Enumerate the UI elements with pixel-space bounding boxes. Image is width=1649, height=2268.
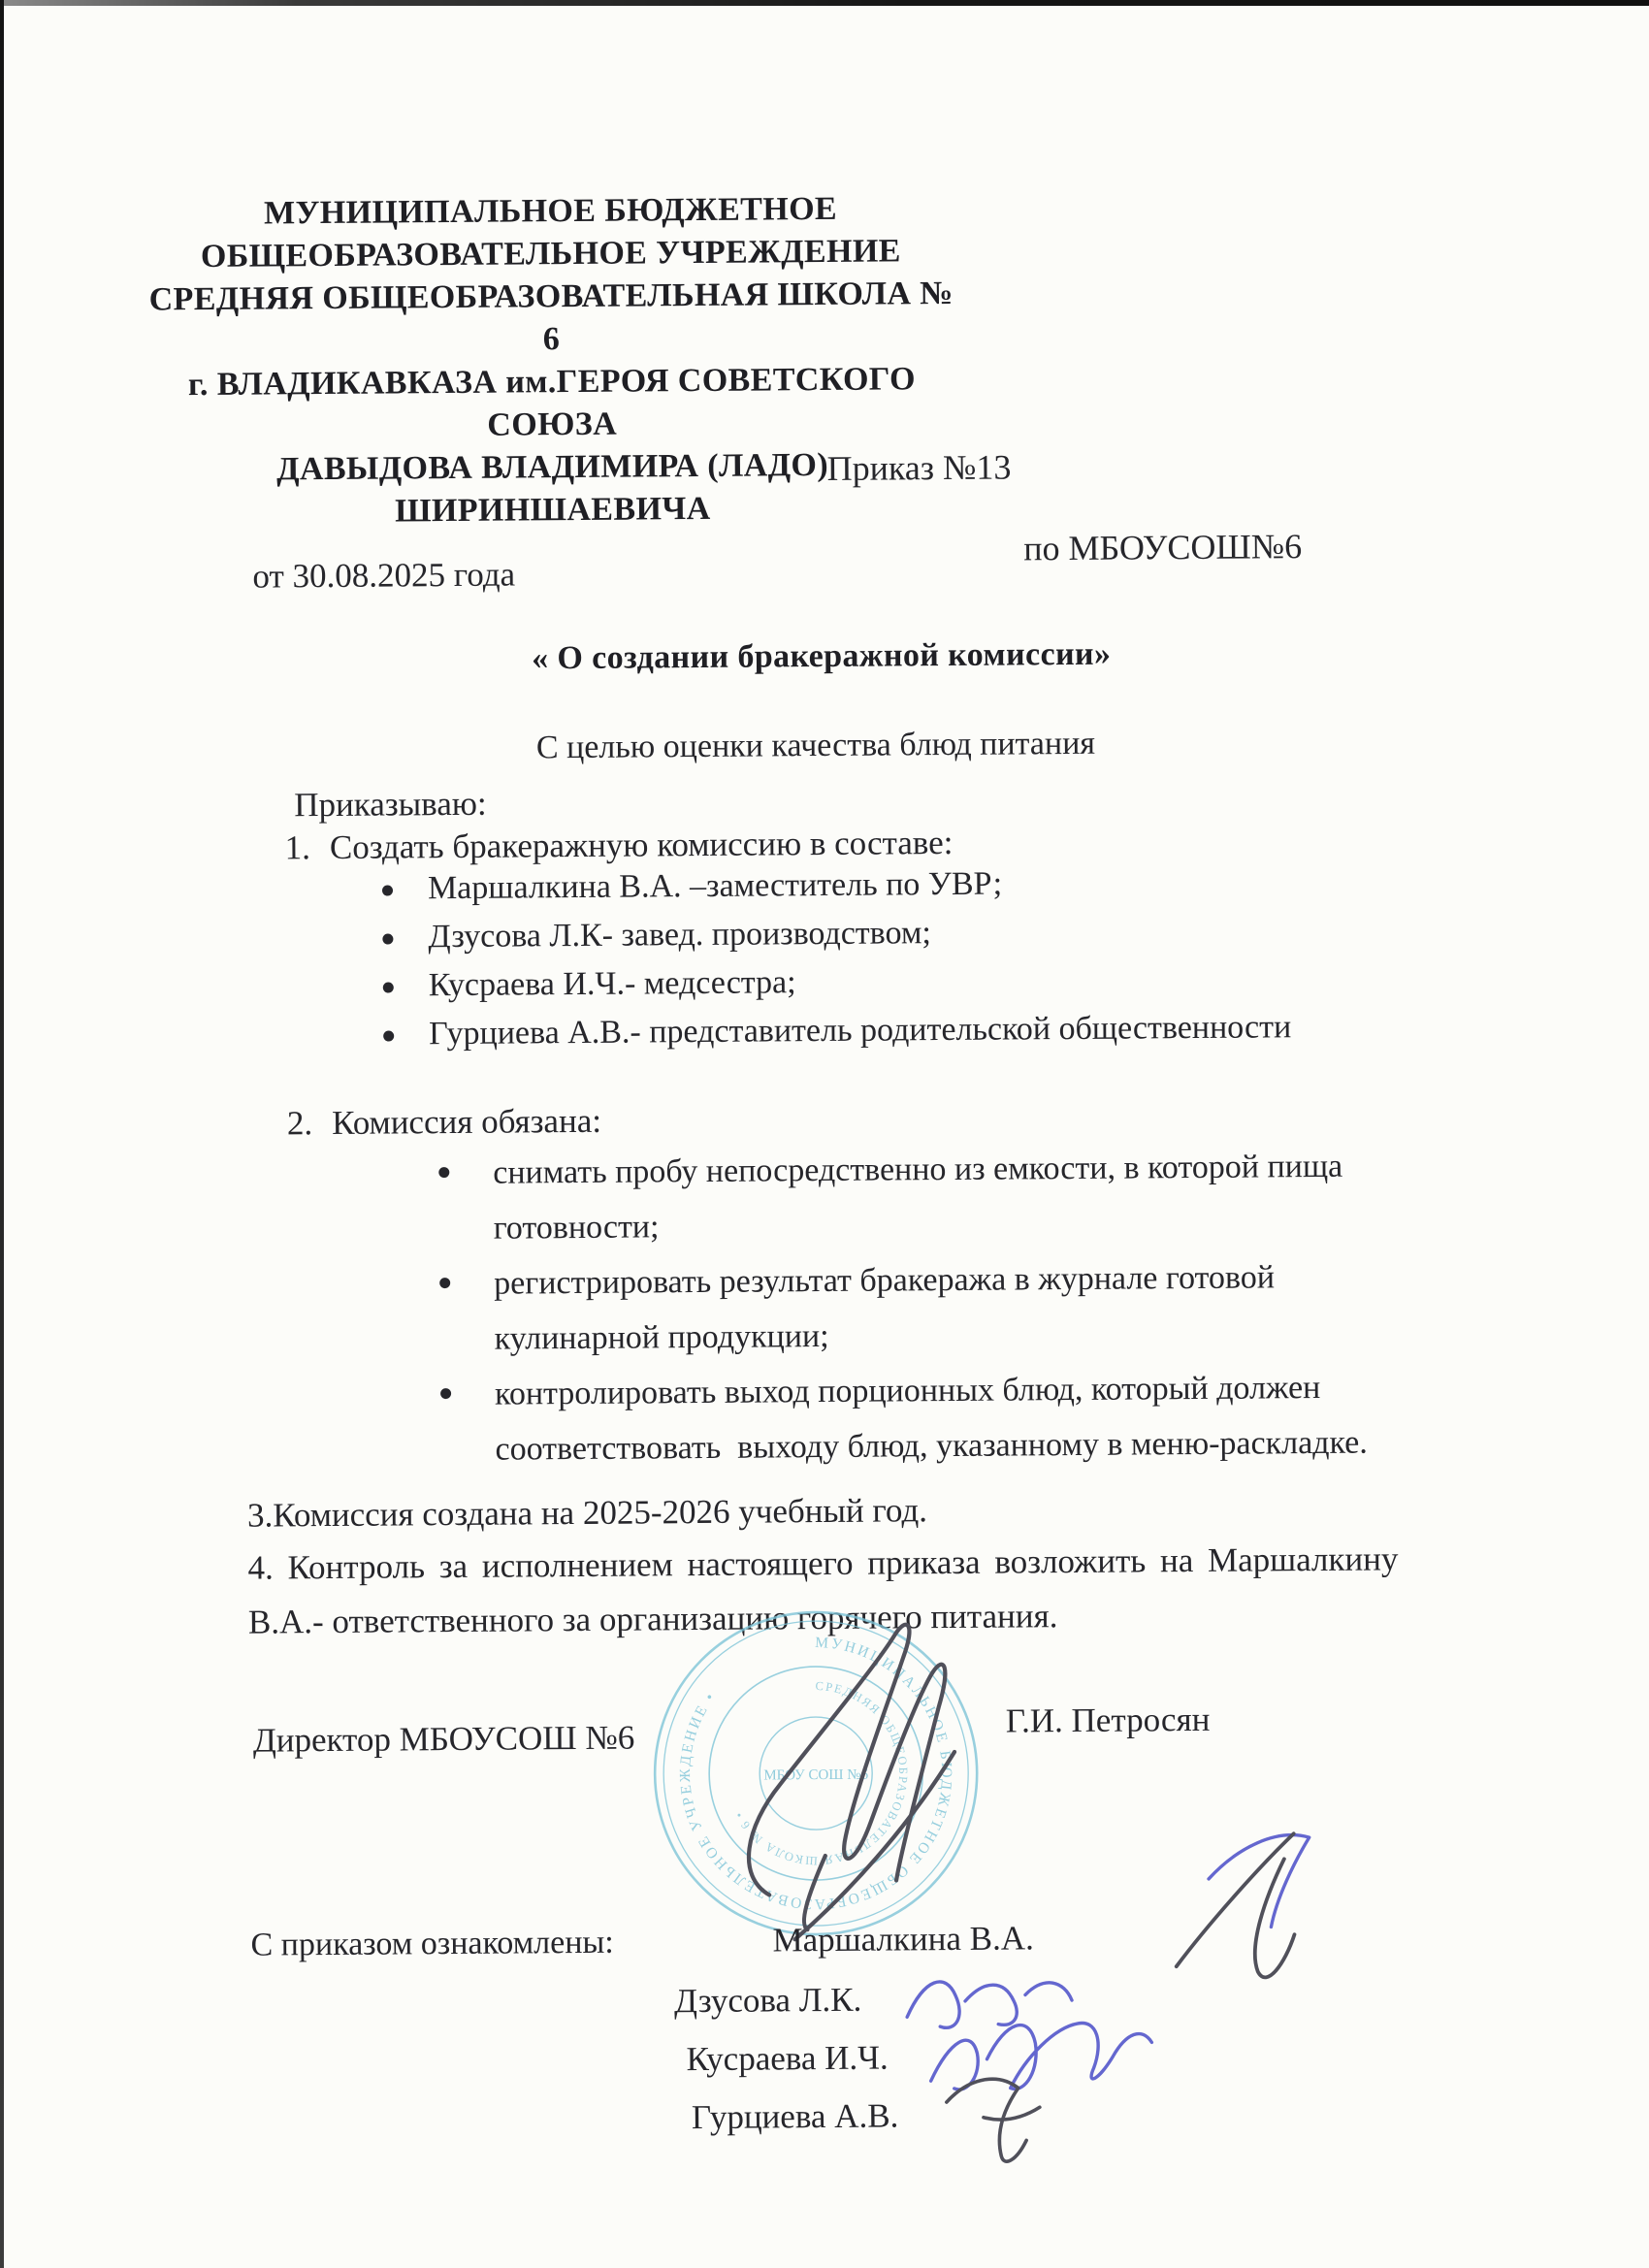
bullet-icon bbox=[383, 1030, 394, 1041]
member-name: Маршалкина В.А. –заместитель по УВР; bbox=[428, 866, 1002, 908]
document-body: МУНИЦИПАЛЬНОЕ БЮДЖЕТНОЕ ОБЩЕОБРАЗОВАТЕЛЬ… bbox=[0, 0, 1649, 2268]
director-label: Директор МБОУСОШ №6 bbox=[253, 1719, 635, 1761]
order-subject: « О создании бракеражной комиссии» bbox=[532, 636, 1112, 678]
decree-word: Приказываю: bbox=[294, 785, 487, 826]
item-1-number: 1. bbox=[285, 828, 311, 867]
header-line: ОБЩЕОБРАЗОВАТЕЛЬНОЕ УЧРЕЖДЕНИЕ bbox=[148, 230, 954, 279]
bullet-icon bbox=[382, 933, 393, 944]
signature-marshalkina bbox=[1148, 1818, 1329, 1984]
order-purpose: С целью оценки качества блюд питания bbox=[536, 726, 1095, 767]
bullet-icon bbox=[440, 1388, 451, 1399]
ack-name: Маршалкина В.А. bbox=[772, 1919, 1034, 1960]
header-line: г. ВЛАДИКАВКАЗА им.ГЕРОЯ СОВЕТСКОГО СОЮЗ… bbox=[149, 358, 955, 450]
item-4-line-1: 4. Контроль за исполнением настоящего пр… bbox=[247, 1539, 1398, 1587]
duty-line: снимать пробу непосредственно из емкости… bbox=[493, 1139, 1366, 1201]
list-item: Гурциева А.В.- представитель родительско… bbox=[383, 1009, 1291, 1064]
item-2-text: Комиссия обязана: bbox=[332, 1102, 601, 1143]
order-number: Приказ №13 bbox=[826, 446, 1011, 488]
member-name: Гурциева А.В.- представитель родительско… bbox=[429, 1009, 1291, 1053]
commission-duties-list: снимать пробу непосредственно из емкости… bbox=[438, 1139, 1368, 1477]
member-name: Кусраева И.Ч.- медсестра; bbox=[429, 964, 796, 1004]
item-1-text: Создать бракеражную комиссию в составе: bbox=[330, 824, 954, 867]
director-signature bbox=[678, 1604, 1001, 1957]
list-item: Кусраева И.Ч.- медсестра; bbox=[383, 960, 1291, 1016]
item-3: 3.Комиссия создана на 2025-2026 учебный … bbox=[247, 1491, 927, 1536]
director-name: Г.И. Петросян bbox=[1006, 1701, 1211, 1741]
header-line: СРЕДНЯЯ ОБЩЕОБРАЗОВАТЕЛЬНАЯ ШКОЛА № 6 bbox=[148, 273, 954, 365]
list-item: Маршалкина В.А. –заместитель по УВР; bbox=[382, 863, 1290, 919]
scanned-order-page: МУНИЦИПАЛЬНОЕ БЮДЖЕТНОЕ ОБЩЕОБРАЗОВАТЕЛЬ… bbox=[0, 0, 1649, 2268]
ack-name: Дзусова Л.К. bbox=[674, 1981, 862, 2022]
ack-name: Гурциева А.В. bbox=[692, 2096, 899, 2137]
item-2: 2. Комиссия обязана: bbox=[287, 1102, 601, 1144]
duty-line: соответствовать выходу блюд, указанному … bbox=[495, 1415, 1368, 1477]
member-name: Дзусова Л.К- завед. производством; bbox=[428, 915, 931, 956]
ack-label: С приказом ознакомлены: bbox=[250, 1925, 613, 1964]
list-item: контролировать выход порционных блюд, ко… bbox=[440, 1360, 1368, 1477]
list-item: снимать пробу непосредственно из емкости… bbox=[438, 1139, 1366, 1256]
bullet-icon bbox=[382, 885, 393, 895]
list-item: регистрировать результат бракеража в жур… bbox=[439, 1249, 1367, 1367]
header-line: МУНИЦИПАЛЬНОЕ БЮДЖЕТНОЕ bbox=[147, 187, 953, 237]
ack-name: Кусраева И.Ч. bbox=[686, 2039, 889, 2080]
duty-line: регистрировать результат бракеража в жур… bbox=[494, 1249, 1367, 1312]
duty-line: контролировать выход порционных блюд, ко… bbox=[495, 1360, 1368, 1422]
bullet-icon bbox=[383, 982, 394, 992]
order-date: от 30.08.2025 года bbox=[252, 555, 515, 596]
bullet-icon bbox=[439, 1278, 450, 1288]
bullet-icon bbox=[438, 1167, 449, 1178]
duty-line: кулинарной продукции; bbox=[494, 1305, 1367, 1367]
list-item: Дзусова Л.К- завед. производством; bbox=[382, 912, 1290, 967]
duty-line: готовности; bbox=[494, 1194, 1367, 1256]
commission-members-list: Маршалкина В.А. –заместитель по УВР; Дзу… bbox=[382, 863, 1292, 1064]
order-org: по МБОУСОШ№6 bbox=[1023, 526, 1302, 568]
item-2-number: 2. bbox=[287, 1104, 313, 1143]
item-1: 1. Создать бракеражную комиссию в состав… bbox=[285, 824, 954, 867]
signature-gurtsieva bbox=[927, 2062, 1059, 2172]
